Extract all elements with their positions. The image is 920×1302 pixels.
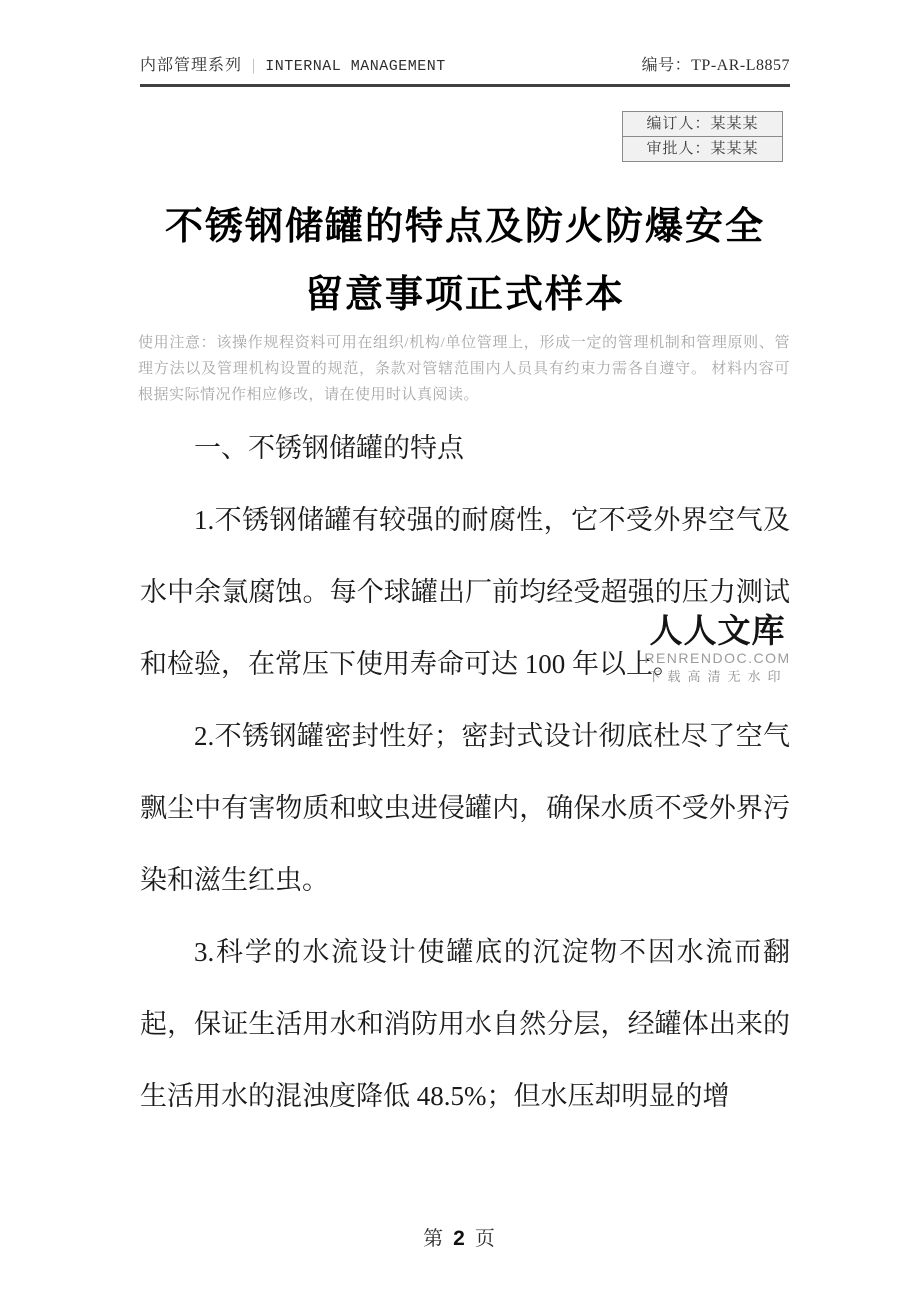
page-footer: 第2页 [0, 1222, 920, 1251]
footer-page-number: 2 [453, 1227, 467, 1250]
document-header: 内部管理系列 | INTERNAL MANAGEMENT 编号：TP-AR-L8… [140, 52, 790, 87]
header-doc-number: 编号：TP-AR-L8857 [642, 52, 790, 75]
document-title: 不锈钢储罐的特点及防火防爆安全 留意事项正式样本 [120, 193, 810, 329]
header-series-label-en: INTERNAL MANAGEMENT [265, 58, 446, 75]
meta-editor-row: 编订人：某某某 [623, 112, 782, 136]
document-page: 内部管理系列 | INTERNAL MANAGEMENT 编号：TP-AR-L8… [0, 0, 920, 1302]
body-paragraph-3: 3.科学的水流设计使罐底的沉淀物不因水流而翻起，保证生活用水和消防用水自然分层，… [140, 916, 790, 1132]
meta-box: 编订人：某某某 审批人：某某某 [622, 111, 783, 162]
body-paragraph-2: 2.不锈钢罐密封性好；密封式设计彻底杜尽了空气飘尘中有害物质和蚊虫进侵罐内，确保… [140, 700, 790, 916]
body-paragraph-1: 1.不锈钢储罐有较强的耐腐性，它不受外界空气及水中余氯腐蚀。每个球罐出厂前均经受… [140, 484, 790, 700]
header-series-label-cn: 内部管理系列 [140, 52, 242, 75]
section-heading: 一、不锈钢储罐的特点 [140, 412, 790, 484]
usage-note: 使用注意：该操作规程资料可用在组织/机构/单位管理上，形成一定的管理机制和管理原… [138, 330, 790, 408]
document-body: 一、不锈钢储罐的特点 1.不锈钢储罐有较强的耐腐性，它不受外界空气及水中余氯腐蚀… [140, 412, 790, 1132]
document-title-line1: 不锈钢储罐的特点及防火防爆安全 [165, 206, 765, 248]
header-series-group: 内部管理系列 | INTERNAL MANAGEMENT [140, 52, 446, 75]
footer-page-prefix: 第 [423, 1228, 445, 1250]
footer-page-suffix: 页 [475, 1228, 497, 1250]
meta-approver-row: 审批人：某某某 [623, 136, 782, 161]
header-separator: | [252, 57, 255, 75]
document-title-line2: 留意事项正式样本 [305, 274, 625, 316]
